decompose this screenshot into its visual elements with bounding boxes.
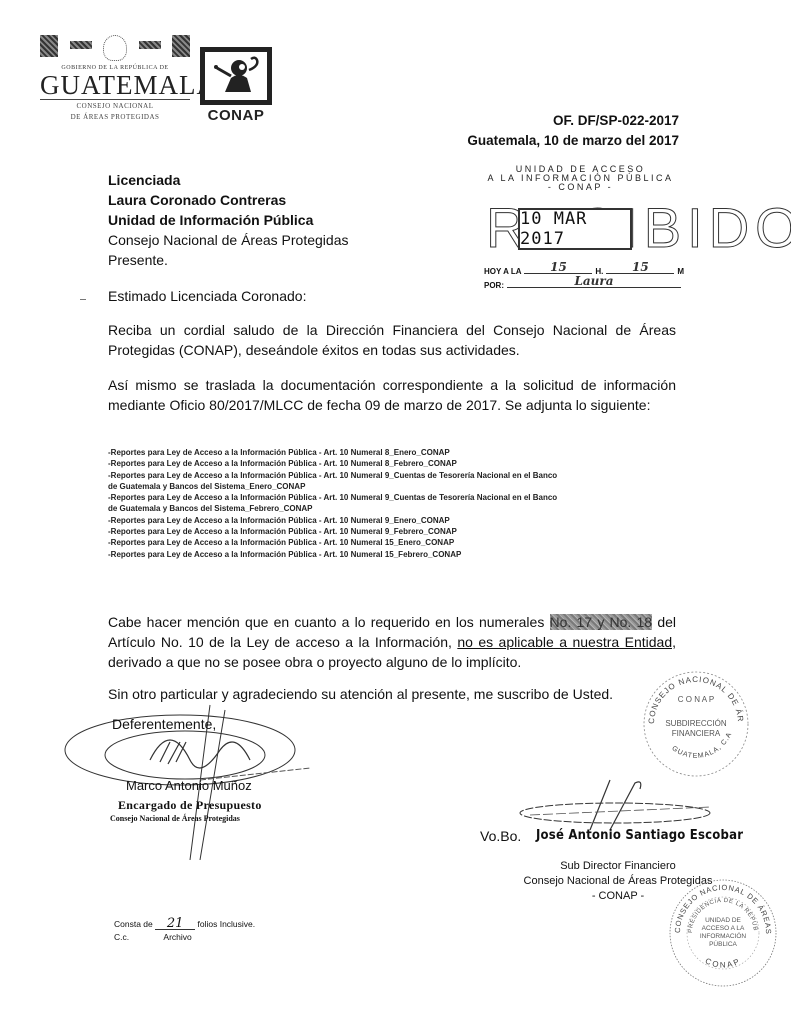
addressee-block: Licenciada Laura Coronado Contreras Unid… [108, 170, 348, 270]
receipt-stamp-date: 10 MAR 2017 [518, 208, 632, 250]
public-info-seal-center-4: PÚBLICA [709, 939, 737, 948]
attachment-item: -Reportes para Ley de Acceso a la Inform… [108, 526, 568, 537]
folios-prefix: Consta de [114, 919, 153, 929]
attachment-item: -Reportes para Ley de Acceso a la Inform… [108, 549, 568, 560]
highlighted-numerals: No. 17 y No. 18 [550, 614, 653, 630]
reference-number: OF. DF/SP-022-2017 [467, 111, 679, 131]
receipt-by-value: Laura [507, 279, 681, 288]
signer-2-title: Sub Director Financiero [510, 859, 726, 874]
addressee-unit: Unidad de Información Pública [108, 210, 348, 230]
paragraph-transfer: Así mismo se traslada la documentación c… [108, 375, 676, 415]
financial-subdirectorate-seal-icon: CONSEJO NACIONAL DE ÁREAS PROTEGIDAS GUA… [636, 668, 756, 780]
signer-2-name: José Antonio Santiago Escobar [536, 828, 743, 843]
guatemala-emblem-icon [40, 35, 190, 63]
cc-value: Archivo [163, 932, 191, 942]
addressee-closing: Presente. [108, 250, 348, 270]
closing-phrase: Deferentemente, [112, 716, 216, 732]
approval-label: Vo.Bo. [480, 828, 521, 844]
gov-logo-sub-1: CONSEJO NACIONAL [40, 102, 190, 111]
signer-1-organization: Consejo Nacional de Áreas Protegidas [110, 814, 240, 823]
paragraph-not-applicable: Cabe hacer mención que en cuanto a lo re… [108, 612, 676, 672]
paragraph-3-part-3: derivado a que no se posee obra o proyec… [108, 654, 521, 670]
attachment-item: -Reportes para Ley de Acceso a la Inform… [108, 537, 568, 548]
receipt-hour-value: 15 [524, 265, 592, 274]
receipt-hour-label: HOY A LA [484, 267, 521, 276]
financial-seal-top-inner: C O N A P [678, 695, 714, 704]
attachment-item: -Reportes para Ley de Acceso a la Inform… [108, 515, 568, 526]
salutation: Estimado Licenciada Coronado: [108, 288, 306, 304]
financial-seal-center-2: FINANCIERA [672, 729, 721, 738]
guatemala-government-logo: GOBIERNO DE LA REPÚBLICA DE GUATEMALA CO… [40, 35, 190, 135]
receipt-stamp-line-3: - CONAP - [478, 183, 683, 192]
receipt-minute-value: 15 [606, 265, 674, 274]
reference-block: OF. DF/SP-022-2017 Guatemala, 10 de marz… [467, 111, 679, 151]
conap-logo: CONAP [200, 47, 280, 124]
folios-suffix: folios Inclusive. [198, 919, 256, 929]
folios-line: Consta de 21 folios Inclusive. [114, 918, 255, 931]
addressee-title: Licenciada [108, 170, 348, 190]
not-applicable-statement: no es aplicable a nuestra Entidad, [457, 634, 676, 650]
paragraph-3-part-1: Cabe hacer mención que en cuanto a lo re… [108, 614, 550, 630]
attachment-item: -Reportes para Ley de Acceso a la Inform… [108, 447, 568, 458]
margin-mark [80, 299, 86, 300]
svg-text:CONAP: CONAP [704, 956, 743, 969]
public-info-seal-center-1: UNIDAD DE [705, 917, 741, 924]
cc-label: C.c. [114, 932, 129, 942]
addressee-organization: Consejo Nacional de Áreas Protegidas [108, 230, 348, 250]
signer-1-name: Marco Antonio Muñoz [126, 778, 252, 793]
signer-1-title: Encargado de Presupuesto [118, 798, 262, 813]
conap-logo-text: CONAP [200, 107, 272, 124]
attachment-item: -Reportes para Ley de Acceso a la Inform… [108, 492, 568, 515]
public-info-seal-center-2: ACCESO A LA [702, 925, 745, 932]
public-information-unit-seal-icon: CONSEJO NACIONAL DE ÁREAS PROTEGIDAS PRE… [668, 878, 778, 988]
gov-logo-sub-2: DE ÁREAS PROTEGIDAS [40, 113, 190, 122]
document-date: Guatemala, 10 de marzo del 2017 [467, 131, 679, 151]
receipt-by-label: POR: [484, 281, 504, 290]
attachment-item: -Reportes para Ley de Acceso a la Inform… [108, 458, 568, 469]
receipt-stamp: UNIDAD DE ACCESO A LA INFORMACIÓN PÚBLIC… [478, 165, 683, 295]
receipt-m-label: M [677, 267, 684, 276]
attachments-list: -Reportes para Ley de Acceso a la Inform… [108, 447, 568, 560]
receipt-stamp-by-row: POR: Laura [484, 279, 684, 290]
monkey-icon [200, 47, 272, 105]
footer-block: Consta de 21 folios Inclusive. C.c. Arch… [114, 918, 255, 944]
attachment-item: -Reportes para Ley de Acceso a la Inform… [108, 470, 568, 493]
paragraph-greeting: Reciba un cordial saludo de la Dirección… [108, 320, 676, 360]
financial-seal-center-1: SUBDIRECCIÓN [665, 719, 727, 728]
paragraph-closing: Sin otro particular y agradeciendo su at… [108, 684, 676, 704]
folios-count: 21 [155, 919, 195, 930]
gov-logo-name: GUATEMALA [40, 71, 190, 100]
public-info-seal-center-3: INFORMACIÓN [700, 931, 747, 940]
cc-line: C.c. Archivo [114, 931, 255, 944]
signature-scribble-2-icon [510, 775, 720, 835]
addressee-name: Laura Coronado Contreras [108, 190, 348, 210]
public-info-seal-bottom-text: CONAP [704, 956, 743, 969]
